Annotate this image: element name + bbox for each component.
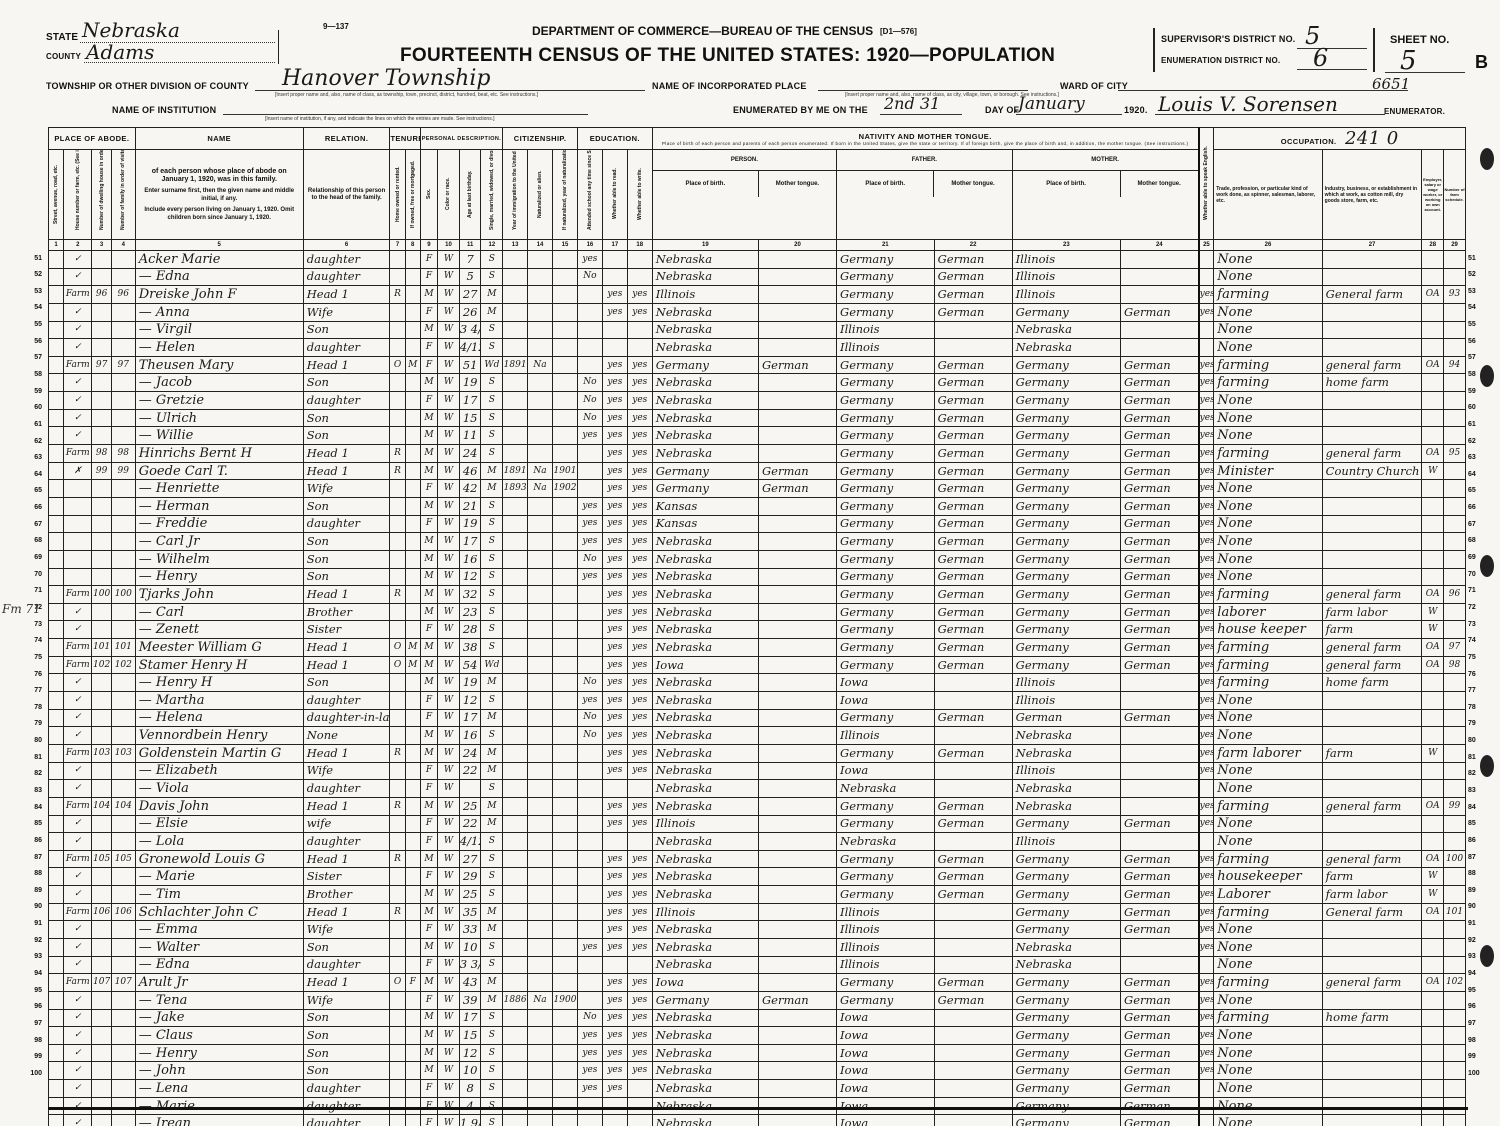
cell-nat <box>528 550 553 568</box>
cell-school <box>577 480 602 498</box>
cell-street <box>49 427 64 445</box>
cell-nat <box>528 850 553 868</box>
cell-sex: M <box>420 550 437 568</box>
cell-m-tongue <box>1121 956 1199 974</box>
cell-school: No <box>577 374 602 392</box>
cell-family <box>111 1027 135 1045</box>
line-number: 99 <box>1468 1049 1486 1066</box>
cell-nat <box>528 868 553 886</box>
cell-class: W <box>1422 462 1444 480</box>
cell-english: yes <box>1199 533 1214 551</box>
cell-farm <box>1444 1115 1466 1126</box>
cell-industry <box>1322 1044 1422 1062</box>
cell-trade: None <box>1214 497 1322 515</box>
cell-tongue <box>758 445 836 463</box>
cell-industry: general farm <box>1322 797 1422 815</box>
cell-class: OA <box>1422 974 1444 992</box>
cell-relation: daughter <box>303 956 390 974</box>
cell-dwelling <box>92 991 112 1009</box>
cell-house: Farm <box>64 656 92 674</box>
cell-f-pob: Germany <box>837 286 935 304</box>
column-number: 14 <box>528 240 553 251</box>
cell-name: Vennordbein Henry <box>135 727 303 745</box>
cell-trade: Minister <box>1214 462 1322 480</box>
cell-class <box>1422 515 1444 533</box>
cell-m-pob: Germany <box>1012 1044 1120 1062</box>
table-row: ✓— ElizabethWifeFW22MyesyesNebraskaIowaI… <box>49 762 1466 780</box>
cell-mortgaged <box>405 991 420 1009</box>
cell-family: 103 <box>111 744 135 762</box>
cell-english: yes <box>1199 903 1214 921</box>
cell-industry <box>1322 833 1422 851</box>
cell-industry: general farm <box>1322 356 1422 374</box>
cell-nat <box>528 603 553 621</box>
cell-write <box>627 1080 652 1098</box>
cell-f-pob: Germany <box>837 268 935 286</box>
cell-school: yes <box>577 533 602 551</box>
cell-m-pob: Illinois <box>1012 286 1120 304</box>
line-number: 100 <box>20 1066 42 1083</box>
cell-color: W <box>438 497 460 515</box>
cell-immig <box>503 780 528 798</box>
cell-name: — John <box>135 1062 303 1080</box>
day-of-label: DAY OF <box>985 105 1019 115</box>
cell-m-tongue: German <box>1121 974 1199 992</box>
cell-age <box>459 780 481 798</box>
cell-immig <box>503 251 528 269</box>
cell-name: — Henry <box>135 568 303 586</box>
cell-pob: Nebraska <box>652 303 758 321</box>
cell-natyear: 1900 <box>553 991 578 1009</box>
cell-street <box>49 692 64 710</box>
cell-color: W <box>438 1044 460 1062</box>
cell-pob: Nebraska <box>652 1062 758 1080</box>
cell-marital: S <box>481 497 503 515</box>
cell-owned: O <box>390 639 405 657</box>
cell-pob: Nebraska <box>652 568 758 586</box>
cell-house: ✓ <box>64 1080 92 1098</box>
cell-industry <box>1322 515 1422 533</box>
cell-age: 25 <box>459 886 481 904</box>
cell-m-tongue: German <box>1121 886 1199 904</box>
cell-color: W <box>438 727 460 745</box>
cell-pob: Nebraska <box>652 674 758 692</box>
line-number: 73 <box>1468 617 1486 634</box>
cell-dwelling <box>92 1009 112 1027</box>
cell-english: yes <box>1199 974 1214 992</box>
column-number: 27 <box>1322 240 1422 251</box>
cell-class <box>1422 956 1444 974</box>
cell-farm <box>1444 339 1466 357</box>
cell-name: — Zenett <box>135 621 303 639</box>
cell-tongue: German <box>758 991 836 1009</box>
line-number: 55 <box>1468 317 1486 334</box>
cell-tongue <box>758 268 836 286</box>
col-nat-year-header: If naturalized, year of naturalization. <box>553 150 578 240</box>
cell-natyear <box>553 744 578 762</box>
cell-pob: Iowa <box>652 974 758 992</box>
cell-relation: wife <box>303 815 390 833</box>
cell-age: 12 <box>459 568 481 586</box>
table-row: ✓— EdnadaughterFW3 3/12SNebraskaIllinois… <box>49 956 1466 974</box>
cell-class <box>1422 674 1444 692</box>
cell-m-tongue <box>1121 797 1199 815</box>
cell-class <box>1422 1009 1444 1027</box>
cell-relation: Son <box>303 1044 390 1062</box>
col-english-header: Whether able to speak English. <box>1199 128 1214 240</box>
cell-m-pob: Germany <box>1012 603 1120 621</box>
cell-trade: housekeeper <box>1214 868 1322 886</box>
cell-natyear <box>553 956 578 974</box>
cell-tongue <box>758 603 836 621</box>
cell-trade: house keeper <box>1214 621 1322 639</box>
cell-house: Farm <box>64 286 92 304</box>
cell-tongue <box>758 409 836 427</box>
cell-pob: Nebraska <box>652 1009 758 1027</box>
cell-relation: daughter <box>303 268 390 286</box>
cell-trade: None <box>1214 409 1322 427</box>
cell-f-tongue <box>934 1062 1012 1080</box>
cell-write: yes <box>627 797 652 815</box>
cell-pob: Nebraska <box>652 938 758 956</box>
col-farm-header: Number of farm schedule. <box>1444 150 1466 240</box>
line-number: 94 <box>1468 966 1486 983</box>
cell-class <box>1422 1080 1444 1098</box>
cell-class <box>1422 815 1444 833</box>
cell-trade: farming <box>1214 586 1322 604</box>
cell-read: yes <box>602 762 627 780</box>
cell-english: yes <box>1199 1009 1214 1027</box>
cell-street <box>49 780 64 798</box>
cell-mortgaged <box>405 1115 420 1126</box>
cell-name: Hinrichs Bernt H <box>135 445 303 463</box>
cell-tongue <box>758 709 836 727</box>
cell-street <box>49 1115 64 1126</box>
cell-read: yes <box>602 656 627 674</box>
cell-m-pob: Nebraska <box>1012 956 1120 974</box>
cell-read: yes <box>602 1062 627 1080</box>
county-label: COUNTY <box>46 52 81 61</box>
cell-school: yes <box>577 938 602 956</box>
cell-trade: None <box>1214 568 1322 586</box>
cell-english: yes <box>1199 938 1214 956</box>
cell-f-pob: Germany <box>837 568 935 586</box>
cell-family <box>111 409 135 427</box>
cell-write: yes <box>627 744 652 762</box>
cell-write: yes <box>627 462 652 480</box>
cell-m-pob: Illinois <box>1012 674 1120 692</box>
cell-trade: farming <box>1214 674 1322 692</box>
cell-industry <box>1322 692 1422 710</box>
cell-farm: 95 <box>1444 445 1466 463</box>
cell-farm <box>1444 709 1466 727</box>
cell-pob: Nebraska <box>652 850 758 868</box>
cell-color: W <box>438 462 460 480</box>
table-row: ✓— VioladaughterFWSNebraskaNebraskaNebra… <box>49 780 1466 798</box>
column-number: 16 <box>577 240 602 251</box>
table-row: ✓— MarthadaughterFW12SyesyesyesNebraskaI… <box>49 692 1466 710</box>
cell-sex: M <box>420 656 437 674</box>
cell-pob: Nebraska <box>652 744 758 762</box>
cell-f-tongue: German <box>934 462 1012 480</box>
cell-farm: 101 <box>1444 903 1466 921</box>
cell-tongue <box>758 427 836 445</box>
cell-school: yes <box>577 515 602 533</box>
cell-write: yes <box>627 1044 652 1062</box>
column-number: 26 <box>1214 240 1322 251</box>
cell-m-tongue: German <box>1121 515 1199 533</box>
cell-farm <box>1444 427 1466 445</box>
group-nativity: NATIVITY AND MOTHER TONGUE. Place of bir… <box>652 128 1198 150</box>
line-number: 57 <box>20 350 42 367</box>
cell-house: Farm <box>64 356 92 374</box>
cell-school: yes <box>577 1044 602 1062</box>
cell-industry <box>1322 497 1422 515</box>
cell-f-tongue <box>934 833 1012 851</box>
cell-tongue <box>758 903 836 921</box>
table-row: Farm106106Schlachter John CHead 1RMW35My… <box>49 903 1466 921</box>
cell-house: ✓ <box>64 727 92 745</box>
line-number: 61 <box>1468 417 1486 434</box>
cell-farm: 98 <box>1444 656 1466 674</box>
cell-m-tongue: German <box>1121 603 1199 621</box>
cell-read <box>602 339 627 357</box>
cell-marital: S <box>481 409 503 427</box>
cell-read: yes <box>602 445 627 463</box>
cell-m-tongue: German <box>1121 568 1199 586</box>
cell-write <box>627 251 652 269</box>
column-number: 20 <box>758 240 836 251</box>
cell-natyear <box>553 921 578 939</box>
col-class-header: Employer, salary or wage worker, or work… <box>1422 150 1444 240</box>
line-number: 98 <box>1468 1033 1486 1050</box>
cell-sex: M <box>420 445 437 463</box>
sheet-number-underline <box>1385 72 1465 73</box>
line-number: 83 <box>20 783 42 800</box>
cell-class: OA <box>1422 656 1444 674</box>
cell-natyear <box>553 550 578 568</box>
cell-f-tongue: German <box>934 356 1012 374</box>
cell-sex: F <box>420 780 437 798</box>
cell-color: W <box>438 1080 460 1098</box>
cell-color: W <box>438 374 460 392</box>
cell-street <box>49 921 64 939</box>
cell-nat <box>528 938 553 956</box>
cell-relation: Wife <box>303 921 390 939</box>
cell-immig <box>503 815 528 833</box>
cell-mortgaged <box>405 903 420 921</box>
cell-f-tongue: German <box>934 374 1012 392</box>
col-school-header: Attended school any time since Sept. 1, … <box>577 150 602 240</box>
line-number: 90 <box>1468 899 1486 916</box>
cell-tongue <box>758 780 836 798</box>
cell-class: W <box>1422 868 1444 886</box>
col-family-header: Number of family in order of visitation. <box>111 150 135 240</box>
cell-tongue <box>758 639 836 657</box>
cell-marital: S <box>481 568 503 586</box>
col-read-header: Whether able to read. <box>602 150 627 240</box>
cell-owned <box>390 780 405 798</box>
cell-marital: M <box>481 462 503 480</box>
cell-family <box>111 709 135 727</box>
cell-pob: Nebraska <box>652 886 758 904</box>
cell-dwelling <box>92 1062 112 1080</box>
cell-family <box>111 374 135 392</box>
cell-street <box>49 762 64 780</box>
table-row: ✓— LenadaughterFW8SyesyesNebraskaIowaGer… <box>49 1080 1466 1098</box>
line-number: 68 <box>20 533 42 550</box>
cell-f-pob: Germany <box>837 427 935 445</box>
cell-m-pob: Germany <box>1012 409 1120 427</box>
cell-trade: None <box>1214 533 1322 551</box>
cell-industry: general farm <box>1322 639 1422 657</box>
table-row: — Carl JrSonMW17SyesyesyesNebraskaGerman… <box>49 533 1466 551</box>
line-number: 79 <box>1468 716 1486 733</box>
cell-school <box>577 1115 602 1126</box>
cell-f-pob: Germany <box>837 480 935 498</box>
cell-read: yes <box>602 1044 627 1062</box>
cell-relation: daughter <box>303 1115 390 1126</box>
cell-f-tongue: German <box>934 392 1012 410</box>
enumerated-label: ENUMERATED BY ME ON THE <box>733 105 868 115</box>
cell-f-pob: Illinois <box>837 921 935 939</box>
cell-trade: None <box>1214 321 1322 339</box>
cell-family <box>111 321 135 339</box>
cell-relation: daughter <box>303 1080 390 1098</box>
cell-marital: S <box>481 938 503 956</box>
cell-dwelling <box>92 550 112 568</box>
cell-farm: 99 <box>1444 797 1466 815</box>
cell-write: yes <box>627 991 652 1009</box>
cell-farm <box>1444 1044 1466 1062</box>
cell-natyear <box>553 497 578 515</box>
cell-f-pob: Illinois <box>837 903 935 921</box>
cell-read <box>602 956 627 974</box>
cell-owned <box>390 497 405 515</box>
cell-farm <box>1444 727 1466 745</box>
cell-nat <box>528 727 553 745</box>
cell-age: 4/12 <box>459 833 481 851</box>
cell-owned: O <box>390 974 405 992</box>
cell-read: yes <box>602 744 627 762</box>
cell-industry <box>1322 938 1422 956</box>
cell-read: yes <box>602 480 627 498</box>
cell-relation: Son <box>303 497 390 515</box>
cell-natyear <box>553 1027 578 1045</box>
cell-write <box>627 1115 652 1126</box>
cell-street <box>49 480 64 498</box>
line-number: 81 <box>20 750 42 767</box>
cell-street <box>49 268 64 286</box>
table-row: Farm103103Goldenstein Martin GHead 1RMW2… <box>49 744 1466 762</box>
cell-industry: general farm <box>1322 445 1422 463</box>
cell-dwelling: 105 <box>92 850 112 868</box>
col-street-header: Street, avenue, road, etc. <box>49 150 64 240</box>
cell-dwelling <box>92 921 112 939</box>
column-number: 18 <box>627 240 652 251</box>
cell-farm <box>1444 621 1466 639</box>
cell-marital: S <box>481 374 503 392</box>
cell-mortgaged <box>405 956 420 974</box>
cell-write: yes <box>627 938 652 956</box>
cell-color: W <box>438 903 460 921</box>
cell-farm <box>1444 303 1466 321</box>
cell-f-tongue <box>934 674 1012 692</box>
column-number: 7 <box>390 240 405 251</box>
cell-sex: M <box>420 603 437 621</box>
cell-class <box>1422 727 1444 745</box>
cell-sex: M <box>420 639 437 657</box>
cell-name: — Lola <box>135 833 303 851</box>
cell-dwelling <box>92 692 112 710</box>
cell-relation: Son <box>303 674 390 692</box>
cell-trade: farming <box>1214 639 1322 657</box>
cell-relation: daughter <box>303 251 390 269</box>
cell-color: W <box>438 321 460 339</box>
cell-family: 100 <box>111 586 135 604</box>
cell-f-tongue: German <box>934 603 1012 621</box>
cell-school: yes <box>577 1027 602 1045</box>
cell-f-pob: Germany <box>837 744 935 762</box>
cell-industry <box>1322 339 1422 357</box>
cell-family: 98 <box>111 445 135 463</box>
cell-class <box>1422 762 1444 780</box>
cell-house: ✓ <box>64 603 92 621</box>
cell-pob: Nebraska <box>652 321 758 339</box>
cell-pob: Nebraska <box>652 550 758 568</box>
table-row: Farm100100Tjarks JohnHead 1RMW32SyesyesN… <box>49 586 1466 604</box>
cell-immig <box>503 515 528 533</box>
cell-industry <box>1322 321 1422 339</box>
cell-school <box>577 639 602 657</box>
cell-sex: F <box>420 692 437 710</box>
cell-marital: S <box>481 780 503 798</box>
cell-name: Tjarks John <box>135 586 303 604</box>
cell-house <box>64 515 92 533</box>
cell-industry: general farm <box>1322 974 1422 992</box>
cell-street <box>49 568 64 586</box>
cell-age: 19 <box>459 674 481 692</box>
cell-sex: M <box>420 1027 437 1045</box>
cell-f-pob: Iowa <box>837 674 935 692</box>
cell-relation: Son <box>303 409 390 427</box>
cell-f-tongue <box>934 956 1012 974</box>
cell-trade: None <box>1214 709 1322 727</box>
cell-sex: M <box>420 497 437 515</box>
cell-dwelling <box>92 374 112 392</box>
column-number: 21 <box>837 240 935 251</box>
cell-class <box>1422 1062 1444 1080</box>
cell-read: yes <box>602 815 627 833</box>
cell-relation: Son <box>303 374 390 392</box>
occupation-stamp: 241 0 <box>1345 128 1399 149</box>
cell-street <box>49 974 64 992</box>
line-number: 84 <box>20 800 42 817</box>
cell-owned <box>390 938 405 956</box>
cell-dwelling: 106 <box>92 903 112 921</box>
cell-mortgaged <box>405 286 420 304</box>
table-row: ✓— AnnaWifeFW26MyesyesNebraskaGermanyGer… <box>49 303 1466 321</box>
cell-immig <box>503 586 528 604</box>
cell-school: No <box>577 727 602 745</box>
line-number: 63 <box>1468 450 1486 467</box>
cell-natyear <box>553 427 578 445</box>
cell-f-tongue <box>934 339 1012 357</box>
line-number: 58 <box>20 367 42 384</box>
cell-m-pob: Germany <box>1012 462 1120 480</box>
cell-dwelling <box>92 1027 112 1045</box>
cell-mortgaged <box>405 515 420 533</box>
